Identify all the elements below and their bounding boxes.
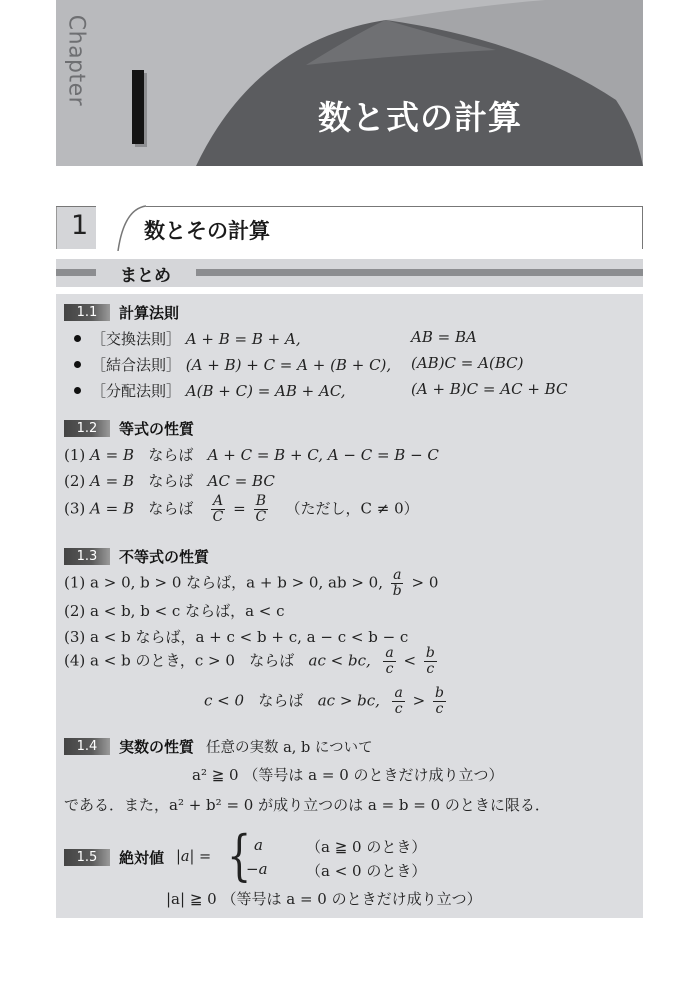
result: A + C = B + C, A − C = B − C bbox=[208, 446, 439, 464]
naraba-text: ならば bbox=[148, 472, 193, 490]
summary-panel: 1.1 計算法則 ［交換法則］ A + B = B + A, AB = BA ［… bbox=[56, 294, 643, 918]
subsection-heading: 1.1 計算法則 bbox=[64, 302, 179, 322]
result: ac < bc, bbox=[309, 652, 371, 670]
subsection-title: 絶対値 bbox=[119, 847, 164, 868]
inequality-row: (2) a < b, b < c ならば，a < c bbox=[64, 600, 285, 621]
rule-label: ［交換法則］ bbox=[91, 330, 181, 348]
chapter-title: 数と式の計算 bbox=[318, 92, 522, 139]
rule-formula-left: A(B + C) = AB + AC, bbox=[186, 382, 346, 400]
rule-row: ［結合法則］ (A + B) + C = A + (B + C), bbox=[74, 354, 391, 375]
inequality-row: c < 0 ならば ac > bc, ac > bc bbox=[204, 686, 449, 717]
subsection-badge: 1.4 bbox=[64, 738, 110, 755]
statement-tail: > 0 bbox=[412, 574, 439, 592]
subsection-badge: 1.5 bbox=[64, 849, 110, 866]
fraction: ac bbox=[392, 686, 404, 717]
statement: a < b のとき，c > 0 bbox=[90, 652, 235, 670]
section-curve-divider bbox=[96, 205, 146, 251]
bullet-icon bbox=[74, 361, 81, 368]
subsection-intro: 任意の実数 a, b について bbox=[206, 736, 373, 757]
naraba-text: ならば bbox=[148, 446, 193, 464]
banner-decoration bbox=[56, 0, 643, 166]
case-value: a bbox=[254, 836, 263, 854]
summary-rule-left bbox=[56, 269, 96, 276]
chapter-banner: Chapter 数と式の計算 bbox=[56, 0, 643, 166]
fraction: bc bbox=[424, 646, 437, 677]
operator: < bbox=[403, 652, 416, 670]
statement: c < 0 bbox=[204, 692, 244, 710]
item-number: (1) bbox=[64, 574, 85, 592]
statement: a < b ならば，a + c < b + c, a − c < b − c bbox=[90, 628, 408, 646]
item-number: (1) bbox=[64, 446, 85, 464]
condition: A = B bbox=[90, 500, 134, 518]
fraction: BC bbox=[254, 494, 269, 525]
rule-label: ［分配法則］ bbox=[91, 382, 181, 400]
inequality-row: (4) a < b のとき，c > 0 ならば ac < bc, ac < bc bbox=[64, 646, 440, 677]
fraction: ab bbox=[391, 568, 404, 599]
section-header: 1 数とその計算 bbox=[56, 206, 643, 249]
rule-formula-left: (A + B) + C = A + (B + C), bbox=[186, 356, 391, 374]
equality-row: (1) A = B ならば A + C = B + C, A − C = B −… bbox=[64, 444, 439, 465]
naraba-text: ならば bbox=[258, 692, 303, 710]
rule-formula-right: (A + B)C = AC + BC bbox=[411, 380, 567, 398]
fraction: ac bbox=[383, 646, 395, 677]
result: AC = BC bbox=[208, 472, 275, 490]
item-number: (2) bbox=[64, 602, 85, 620]
subsection-badge: 1.2 bbox=[64, 420, 110, 437]
operator: > bbox=[413, 692, 426, 710]
note: （ただし，C ≠ 0） bbox=[286, 500, 419, 518]
subsection-heading: 1.2 等式の性質 bbox=[64, 418, 194, 438]
equality-row: (3) A = B ならば AC = BC （ただし，C ≠ 0） bbox=[64, 494, 419, 525]
equals-sign: = bbox=[233, 500, 246, 518]
section-title: 数とその計算 bbox=[144, 215, 270, 245]
inequality-row: (3) a < b ならば，a + c < b + c, a − c < b −… bbox=[64, 626, 408, 647]
bullet-icon bbox=[74, 335, 81, 342]
bullet-icon bbox=[74, 387, 81, 394]
case-value: −a bbox=[246, 860, 268, 878]
fraction: AC bbox=[211, 494, 226, 525]
item-number: (3) bbox=[64, 628, 85, 646]
subsection-heading: 1.3 不等式の性質 bbox=[64, 546, 209, 566]
real-property-conclusion: である．また，a² + b² = 0 が成り立つのは a = b = 0 のとき… bbox=[64, 794, 550, 815]
result: ac > bc, bbox=[318, 692, 380, 710]
rule-row: ［交換法則］ A + B = B + A, bbox=[74, 328, 301, 349]
summary-rule-right bbox=[196, 269, 643, 276]
subsection-badge: 1.1 bbox=[64, 304, 110, 321]
subsection-badge: 1.3 bbox=[64, 548, 110, 565]
subsection-heading: 1.4 実数の性質 任意の実数 a, b について bbox=[64, 736, 373, 756]
abs-lhs: |a| = bbox=[176, 849, 211, 865]
condition: A = B bbox=[90, 446, 134, 464]
summary-label: まとめ bbox=[120, 261, 171, 286]
chapter-label: Chapter bbox=[64, 11, 89, 111]
real-property-line: a² ≧ 0 （等号は a = 0 のときだけ成り立つ） bbox=[192, 764, 504, 785]
equality-row: (2) A = B ならば AC = BC bbox=[64, 470, 275, 491]
item-number: (2) bbox=[64, 472, 85, 490]
item-number: (4) bbox=[64, 652, 85, 670]
rule-formula-right: AB = BA bbox=[411, 328, 477, 346]
statement: a < b, b < c ならば，a < c bbox=[90, 602, 285, 620]
subsection-title: 不等式の性質 bbox=[119, 546, 209, 567]
subsection-title: 実数の性質 bbox=[119, 736, 194, 757]
item-number: (3) bbox=[64, 500, 85, 518]
section-number: 1 bbox=[71, 210, 88, 241]
inequality-row: (1) a > 0, b > 0 ならば，a + b > 0, ab > 0, … bbox=[64, 568, 438, 599]
abs-property-line: |a| ≧ 0 （等号は a = 0 のときだけ成り立つ） bbox=[166, 888, 482, 909]
rule-row: ［分配法則］ A(B + C) = AB + AC, bbox=[74, 380, 346, 401]
rule-label: ［結合法則］ bbox=[91, 356, 181, 374]
rule-formula-left: A + B = B + A, bbox=[186, 330, 301, 348]
subsection-title: 等式の性質 bbox=[119, 418, 194, 439]
statement: a > 0, b > 0 ならば，a + b > 0, ab > 0, bbox=[90, 574, 383, 592]
naraba-text: ならば bbox=[148, 500, 193, 518]
condition: A = B bbox=[90, 472, 134, 490]
subsection-title: 計算法則 bbox=[119, 302, 179, 323]
summary-bar: まとめ bbox=[56, 259, 643, 287]
fraction: bc bbox=[433, 686, 446, 717]
case-condition: （a < 0 のとき） bbox=[306, 860, 426, 881]
naraba-text: ならば bbox=[249, 652, 294, 670]
rule-formula-right: (AB)C = A(BC) bbox=[411, 354, 523, 372]
case-condition: （a ≧ 0 のとき） bbox=[306, 836, 426, 857]
chapter-number-bar bbox=[132, 70, 144, 144]
subsection-heading: 1.5 絶対値 |a| = bbox=[64, 847, 211, 867]
